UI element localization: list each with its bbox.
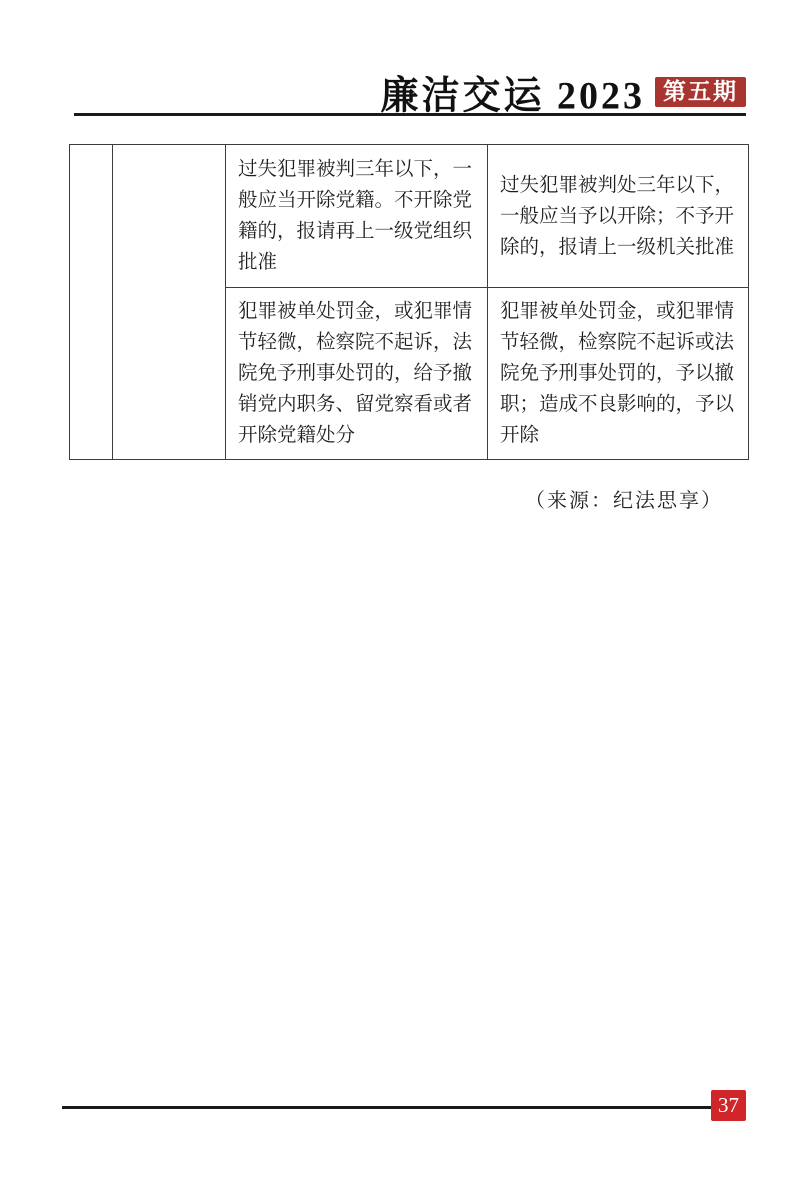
table-cell-empty-1 xyxy=(70,145,113,460)
table-cell-gov-rule: 犯罪被单处罚金，或犯罪情节轻微，检察院不起诉或法院免予刑事处罚的，予以撤职；造成… xyxy=(488,288,749,460)
issue-badge: 第五期 xyxy=(655,77,746,107)
table-cell-party-rule: 犯罪被单处罚金，或犯罪情节轻微，检察院不起诉，法院免予刑事处罚的，给予撤销党内职… xyxy=(226,288,488,460)
page-number-badge: 37 xyxy=(711,1090,746,1121)
discipline-table: 过失犯罪被判三年以下，一般应当开除党籍。不开除党籍的，报请再上一级党组织批准 过… xyxy=(69,144,749,460)
header-rule xyxy=(74,113,746,116)
document-page: 廉洁交运 2023 第五期 过失犯罪被判三年以下，一般应当开除党籍。不开除党籍的… xyxy=(0,0,800,1189)
journal-title: 廉洁交运 2023 xyxy=(380,63,645,119)
footer-rule xyxy=(62,1106,711,1109)
table-cell-party-rule: 过失犯罪被判三年以下，一般应当开除党籍。不开除党籍的，报请再上一级党组织批准 xyxy=(226,145,488,288)
source-note: （来源：纪法思享） xyxy=(525,484,723,513)
table-row: 过失犯罪被判三年以下，一般应当开除党籍。不开除党籍的，报请再上一级党组织批准 过… xyxy=(70,145,749,288)
table-cell-gov-rule: 过失犯罪被判处三年以下，一般应当予以开除；不予开除的，报请上一级机关批准 xyxy=(488,145,749,288)
masthead: 廉洁交运 2023 第五期 xyxy=(380,64,746,119)
table-cell-empty-2 xyxy=(113,145,226,460)
